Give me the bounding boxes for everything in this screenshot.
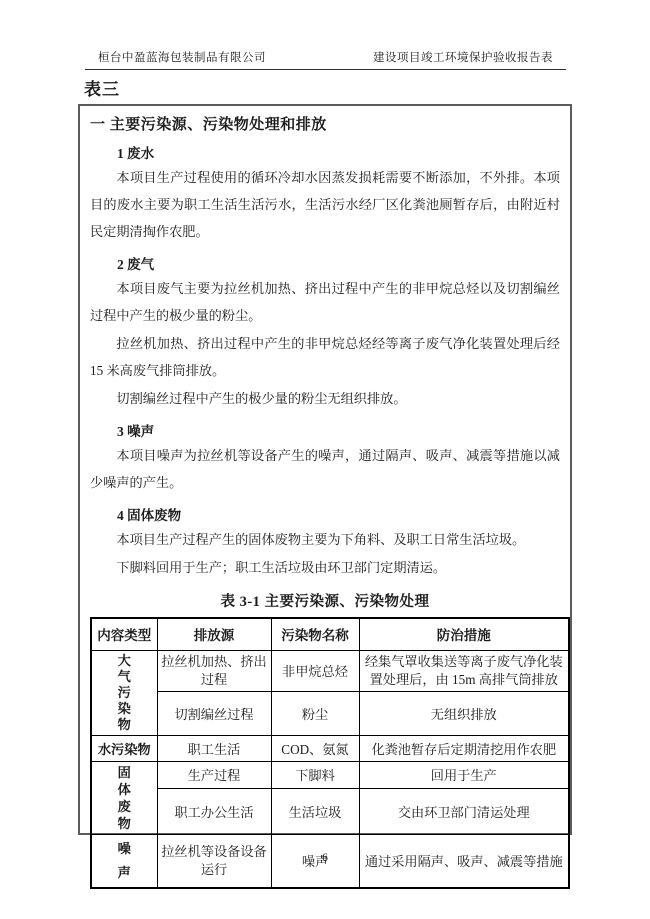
col-header-emission-source: 排放源: [157, 618, 271, 650]
header-company-name: 桓台中盈蓝海包装制品有限公司: [98, 49, 266, 65]
vertical-text: 固体废物: [117, 764, 132, 832]
table-row: 职工办公生活 生活垃圾 交由环卫部门清运处理: [91, 789, 569, 834]
cell-source: 拉丝机加热、挤出过程: [157, 650, 271, 692]
cell-pollutant: COD、氨氮: [271, 735, 359, 761]
section-heading-solid-waste: 4 固体废物: [90, 504, 560, 524]
cell-category-solid-waste: 固体废物: [91, 761, 157, 834]
paragraph: 切割编丝过程中产生的极少量的粉尘无组织排放。: [90, 385, 560, 412]
cell-category-air: 大气污染物: [91, 650, 157, 735]
content-box: 一 主要污染源、污染物处理和排放 1 废水 本项目生产过程使用的循环冷却水因蒸发…: [78, 104, 572, 835]
page-number: 6: [0, 852, 650, 864]
table-row: 切割编丝过程 粉尘 无组织排放: [91, 692, 569, 735]
col-header-control-measures: 防治措施: [359, 618, 569, 650]
paragraph: 本项目生产过程产生的固体废物主要为下角料、及职工日常生活垃圾。: [90, 526, 560, 553]
paragraph: 下脚料回用于生产；职工生活垃圾由环卫部门定期清运。: [90, 554, 560, 581]
vertical-text: 大气污染物: [117, 653, 132, 733]
section-heading-wastewater: 1 废水: [90, 142, 560, 162]
cell-pollutant: 生活垃圾: [271, 789, 359, 834]
table-row: 水污染物 职工生活 COD、氨氮 化粪池暂存后定期清挖用作农肥: [91, 735, 569, 761]
cell-pollutant: 下脚料: [271, 761, 359, 789]
sheet-label: 表三: [84, 75, 120, 100]
paragraph: 本项目废气主要为拉丝机加热、挤出过程中产生的非甲烷总烃以及切割编丝过程中产生的极…: [90, 275, 560, 329]
paragraph: 本项目噪声为拉丝机等设备产生的噪声，通过隔声、吸声、减震等措施以减少噪声的产生。: [90, 442, 560, 496]
header-divider: [85, 69, 566, 70]
table-header-row: 内容类型 排放源 污染物名称 防治措施: [91, 618, 569, 650]
header-report-title: 建设项目竣工环境保护验收报告表: [373, 49, 553, 65]
cell-source: 职工生活: [157, 735, 271, 761]
cell-pollutant: 粉尘: [271, 692, 359, 735]
section-main-title: 一 主要污染源、污染物处理和排放: [90, 113, 560, 134]
table-caption: 表 3-1 主要污染源、污染物处理: [90, 590, 560, 611]
cell-source: 切割编丝过程: [157, 692, 271, 735]
pollution-table: 内容类型 排放源 污染物名称 防治措施 大气污染物 拉丝机加热、挤出过程 非甲烷…: [90, 617, 570, 889]
section-heading-noise: 3 噪声: [90, 420, 560, 440]
table-row: 固体废物 生产过程 下脚料 回用于生产: [91, 761, 569, 789]
cell-measure: 经集气罩收集送等离子废气净化装置处理后，由 15m 高排气筒排放: [359, 650, 569, 692]
cell-measure: 无组织排放: [359, 692, 569, 735]
col-header-pollutant-name: 污染物名称: [271, 618, 359, 650]
cell-source: 生产过程: [157, 761, 271, 789]
cell-category-water: 水污染物: [91, 735, 157, 761]
section-heading-waste-gas: 2 废气: [90, 253, 560, 273]
cell-measure: 回用于生产: [359, 761, 569, 789]
cell-pollutant: 非甲烷总烃: [271, 650, 359, 692]
table-row: 大气污染物 拉丝机加热、挤出过程 非甲烷总烃 经集气罩收集送等离子废气净化装置处…: [91, 650, 569, 692]
cell-measure: 化粪池暂存后定期清挖用作农肥: [359, 735, 569, 761]
col-header-content-type: 内容类型: [91, 618, 157, 650]
document-page: 桓台中盈蓝海包装制品有限公司 建设项目竣工环境保护验收报告表 表三 一 主要污染…: [0, 0, 650, 919]
paragraph: 拉丝机加热、挤出过程中产生的非甲烷总烃经等离子废气净化装置处理后经 15 米高废…: [90, 330, 560, 384]
cell-measure: 交由环卫部门清运处理: [359, 789, 569, 834]
cell-source: 职工办公生活: [157, 789, 271, 834]
paragraph: 本项目生产过程使用的循环冷却水因蒸发损耗需要不断添加，不外排。本项目的废水主要为…: [90, 164, 560, 245]
